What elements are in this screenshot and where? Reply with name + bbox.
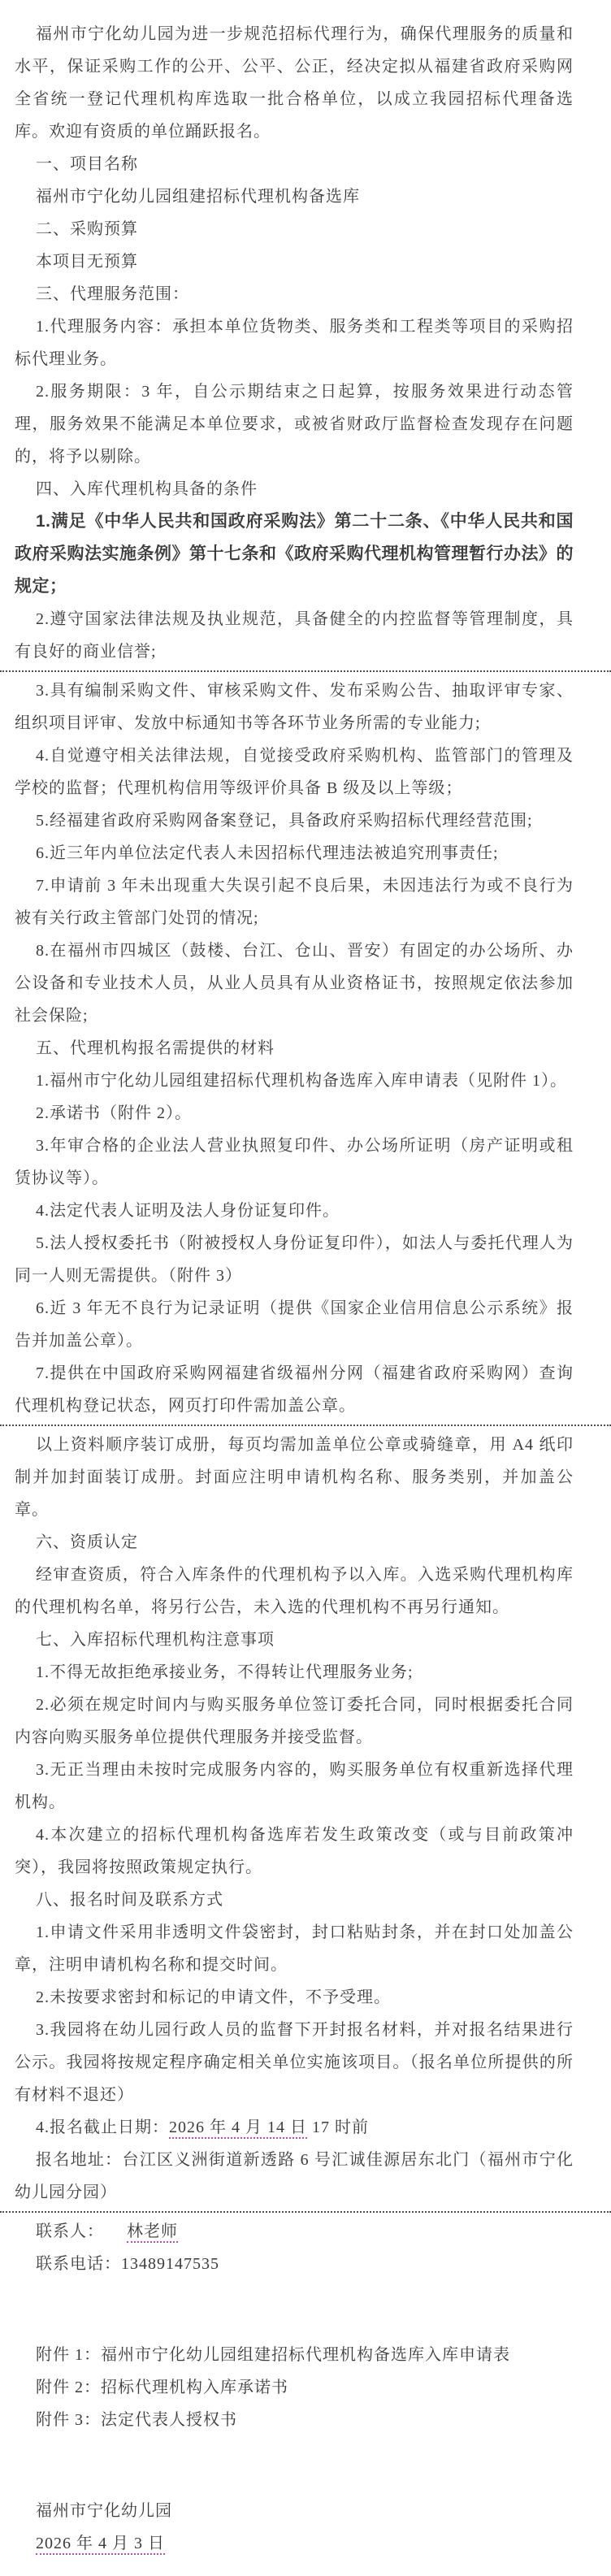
condition-6: 6.近三年内单位法定代表人未因招标代理违法被追究刑事责任; <box>15 837 574 870</box>
deadline-date: 2026 年 4 月 14 日 <box>169 2118 307 2139</box>
deadline-label: 4.报名截止日期： <box>36 2118 169 2136</box>
signature-date-line: 2026 年 4 月 3 日 <box>15 2527 574 2560</box>
blank-gap-1 <box>15 2280 574 2339</box>
signature-date: 2026 年 4 月 3 日 <box>36 2535 165 2555</box>
condition-4: 4.自觉遵守相关法律法规，自觉接受政府采购机构、监管部门的管理及学校的监督；代理… <box>15 739 574 804</box>
material-item-2: 2.承诺书（附件 2）。 <box>15 1097 574 1130</box>
contact-person-label: 联系人： <box>36 2223 104 2240</box>
section-6-heading: 六、资质认定 <box>15 1526 574 1559</box>
registration-item-2: 2.未按要求密封和标记的申请文件，不予受理。 <box>15 1981 574 2014</box>
page-break-dotted-divider-1 <box>0 670 611 672</box>
material-item-4: 4.法定代表人证明及法人身份证复印件。 <box>15 1195 574 1227</box>
deadline-suffix: 17 时前 <box>307 2118 369 2136</box>
scope-item-1: 1.代理服务内容：承担本单位货物类、服务类和工程类等项目的采购招标代理业务。 <box>15 310 574 375</box>
page-break-dotted-divider-3 <box>0 2211 611 2213</box>
material-item-1: 1.福州市宁化幼儿园组建招标代理机构备选库入库申请表（见附件 1）。 <box>15 1065 574 1097</box>
material-item-5: 5.法人授权委托书（附被授权人身份证复印件），如法人与委托代理人为同一人则无需提… <box>15 1227 574 1292</box>
page-break-dotted-divider-2 <box>0 1425 611 1426</box>
material-item-6: 6.近 3 年无不良行为记录证明（提供《国家企业信用信息公示系统》报告并加盖公章… <box>15 1292 574 1357</box>
section-2-heading: 二、采购预算 <box>15 213 574 245</box>
contact-person-paragraph: 联系人：林老师 <box>15 2215 574 2248</box>
section-7-heading: 七、入库招标代理机构注意事项 <box>15 1624 574 1656</box>
qualification-paragraph: 经审查资质，符合入库条件的代理机构予以入库。入选采购代理机构库的代理机构名单，将… <box>15 1559 574 1624</box>
section-4-heading: 四、入库代理机构具备的条件 <box>15 473 574 505</box>
notice-item-2: 2.必须在规定时间内与购买服务单位签订委托合同，同时根据委托合同内容向购买服务单… <box>15 1689 574 1754</box>
section-8-heading: 八、报名时间及联系方式 <box>15 1884 574 1916</box>
notice-item-4: 4.本次建立的招标代理机构备选库若发生政策改变（或与目前政策冲突），我园将按照政… <box>15 1819 574 1884</box>
intro-paragraph: 福州市宁化幼儿园为进一步规范招标代理行为，确保代理服务的质量和水平，保证采购工作… <box>15 18 574 148</box>
section-5-heading: 五、代理机构报名需提供的材料 <box>15 1032 574 1065</box>
condition-8: 8.在福州市四城区（鼓楼、台江、仓山、晋安）有固定的办公场所、办公设备和专业技术… <box>15 935 574 1032</box>
notice-item-1: 1.不得无故拒绝承接业务，不得转让代理服务业务; <box>15 1656 574 1689</box>
budget-text: 本项目无预算 <box>15 245 574 278</box>
notice-document-page: 福州市宁化幼儿园为进一步规范招标代理行为，确保代理服务的质量和水平，保证采购工作… <box>0 0 611 2576</box>
material-item-7: 7.提供在中国政府采购网福建省级福州分网（福建省政府采购网）查询代理机构登记状态… <box>15 1357 574 1422</box>
condition-3: 3.具有编制采购文件、审核采购文件、发布采购公告、抽取评审专家、组织项目评审、发… <box>15 674 574 739</box>
section-1-heading: 一、项目名称 <box>15 148 574 180</box>
attachment-3-line: 附件 3：法定代表人授权书 <box>15 2404 574 2436</box>
scope-item-2: 2.服务期限：3 年，自公示期结束之日起算，按服务效果进行动态管理，服务效果不能… <box>15 375 574 473</box>
project-name-text: 福州市宁化幼儿园组建招标代理机构备选库 <box>15 180 574 213</box>
signature-org-line: 福州市宁化幼儿园 <box>15 2495 574 2527</box>
condition-1-bold: 1.满足《中华人民共和国政府采购法》第二十二条、《中华人民共和国政府采购法实施条… <box>15 505 574 603</box>
deadline-paragraph: 4.报名截止日期：2026 年 4 月 14 日 17 时前 <box>15 2111 574 2144</box>
section-3-heading: 三、代理服务范围： <box>15 278 574 310</box>
binding-note-paragraph: 以上资料顺序装订成册，每页均需加盖单位公章或骑缝章，用 A4 纸印制并加封面装订… <box>15 1429 574 1526</box>
condition-7: 7.申请前 3 年未出现重大失误引起不良后果，未因违法行为或不良行为被有关行政主… <box>15 870 574 935</box>
attachment-2-line: 附件 2：招标代理机构入库承诺书 <box>15 2371 574 2404</box>
condition-5: 5.经福建省政府采购网备案登记，具备政府采购招标代理经营范围; <box>15 804 574 837</box>
contact-phone-paragraph: 联系电话：13489147535 <box>15 2248 574 2280</box>
notice-item-3: 3.无正当理由未按时完成服务内容的，购买服务单位有权重新选择代理机构。 <box>15 1754 574 1819</box>
contact-person-name: 林老师 <box>127 2223 178 2243</box>
attachment-1-line: 附件 1：福州市宁化幼儿园组建招标代理机构备选库入库申请表 <box>15 2339 574 2371</box>
material-item-3: 3.年审合格的企业法人营业执照复印件、办公场所证明（房产证明或租赁协议等）。 <box>15 1130 574 1195</box>
address-paragraph: 报名地址：台江区义洲街道新透路 6 号汇诚佳源居东北门（福州市宁化幼儿园分园） <box>15 2144 574 2209</box>
registration-item-1: 1.申请文件采用非透明文件袋密封，封口粘贴封条，并在封口处加盖公章，注明申请机构… <box>15 1916 574 1981</box>
condition-2: 2.遵守国家法律法规及执业规范，具备健全的内控监督等管理制度，具有良好的商业信誉… <box>15 603 574 668</box>
blank-gap-2 <box>15 2436 574 2495</box>
registration-item-3: 3.我园将在幼儿园行政人员的监督下开封报名材料，并对报名结果进行公示。我园将按规… <box>15 2014 574 2111</box>
